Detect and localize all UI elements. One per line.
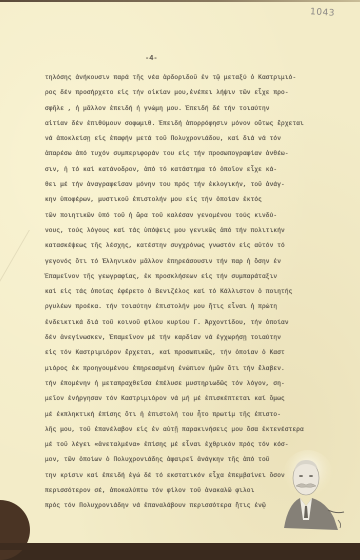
text-line: ἐνδεικτικά διά τοῦ κοινοῦ φίλου κυρίου Γ…: [45, 315, 345, 330]
top-edge-shadow: [0, 0, 360, 2]
text-line: αἰτίαν δέν ἐπιθύμουν σοφωμιθ. Ἐπειδή ἀπο…: [45, 116, 345, 131]
text-line: ρος δέν προσήρχετο εἰς τήν οἰκίαν μου,ἐν…: [45, 85, 345, 100]
document-page: 1043 -4- τηλόσης ἀνήκουσιν παρά τῆς νέα …: [0, 0, 360, 543]
page-separator: -4-: [145, 55, 158, 63]
text-line: κην ὑποφέρων, μυστικοῦ ἐπιστολήν μου εἰς…: [45, 192, 345, 207]
text-line: τηλόσης ἀνήκουσιν παρά τῆς νέα ἀρδοριδοῦ…: [45, 70, 345, 85]
text-line: σφῆλε , ἡ μᾶλλον ἐπειδή ἡ γνώμη μου. Ἐπε…: [45, 101, 345, 116]
text-line: μεῖον ἐνήργησαν τόν Καστριμιόρον νά μή μ…: [45, 391, 345, 406]
portrait-watermark-icon: [278, 448, 358, 538]
text-line: ἀπαρέσω ἀπό τυχόν συμπεριφοράν του εἰς τ…: [45, 146, 345, 161]
text-line: νους, τούς λόγους καί τάς ὑπόψεις μου γε…: [45, 223, 345, 238]
text-line: μιόρος ἐκ προηγουμένου ἐπηρεασμένη ἐνώπι…: [45, 361, 345, 376]
text-line: ργυλέων προέκα. τήν τοιαύτην ἐπιστολήν μ…: [45, 299, 345, 314]
page-number: 1043: [310, 7, 336, 19]
text-line: καί εἰς τάς ὁποίας ἐφέρετο ὁ Βενιζέλος κ…: [45, 284, 345, 299]
text-line: μέ ἐκπληκτική ἐπίσης ὅτι ἡ ἐπιστολή του …: [45, 407, 345, 422]
text-line: σιν, ἡ τό καί κατάνοδρον, ἀπό τό κατάστη…: [45, 162, 345, 177]
text-line: εἰς τόν Καστριμιόρον ἔρχεται, καί προσωπ…: [45, 345, 345, 360]
text-line: Ἐπαμεῖνον τῆς γεωγραφίας, ἐκ προσκλήσεων…: [45, 269, 345, 284]
scan-backing: [0, 543, 360, 550]
text-line: θει μέ τήν ἀναγραφεῖσαν μόνην του πρός τ…: [45, 177, 345, 192]
text-line: λῆς μου, τοῦ ἐπανέλαβον εἰς ἐν αὐτῇ παρα…: [45, 422, 345, 437]
text-line: τήν ἐπομένην ἡ μεταπραχθεῖσα ἐπέλυσε μυσ…: [45, 376, 345, 391]
text-line: κατασκέψεως τῆς λέσχης, κατέστην συγχρόν…: [45, 238, 345, 253]
text-line: γεγονός ὅτι τό Ἑλληνικόν μᾶλλον ἐπηρεάσο…: [45, 254, 345, 269]
text-line: δέν ἀνεγίνωσκεν, Ἐπαμεῖνον μέ τήν καρδία…: [45, 330, 345, 345]
text-line: νά ἀποκλείσῃ εἰς ἐπαφήν μετά τοῦ Πολυχρο…: [45, 131, 345, 146]
text-line: τῶν ποιητικῶν ὑπό τοῦ ἡ ὥρα τοῦ καλέσαν …: [45, 208, 345, 223]
